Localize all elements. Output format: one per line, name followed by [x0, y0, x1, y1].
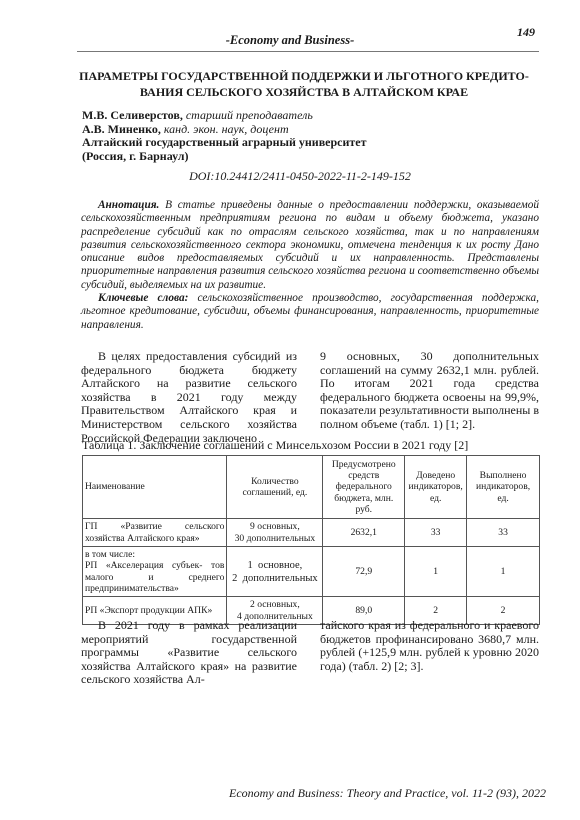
table-cell-budget: 2632,1: [323, 519, 405, 547]
header-divider: [77, 51, 539, 52]
agreements-line: 2 дополнительных: [229, 572, 320, 585]
author-1: М.В. Селиверстов, старший преподаватель: [82, 109, 542, 123]
body-paragraph: В целях предоставления субсидий из федер…: [81, 350, 297, 445]
keywords-label: Ключевые слова:: [98, 292, 188, 304]
agreements-line: 1 основное,: [229, 559, 320, 572]
agreements-line: 9 основных,: [229, 521, 320, 532]
body-paragraph: тайского края из федерального и краевого…: [320, 619, 539, 673]
author-name: М.В. Селиверстов,: [82, 108, 183, 122]
abstract: Аннотация. В статье приведены данные о п…: [81, 199, 539, 292]
agreements-table: Наименование Количество соглашений, ед. …: [82, 455, 540, 625]
title-line-1: ПАРАМЕТРЫ ГОСУДАРСТВЕННОЙ ПОДДЕРЖКИ И ЛЬ…: [70, 68, 538, 84]
table-cell-name-text: РП «Акселерация субъек- тов малого и сре…: [85, 560, 224, 594]
table-row: ГП «Развитие сельского хозяйства Алтайск…: [83, 519, 540, 547]
article-title: ПАРАМЕТРЫ ГОСУДАРСТВЕННОЙ ПОДДЕРЖКИ И ЛЬ…: [70, 68, 538, 100]
doi: DOI:10.24412/2411-0450-2022-11-2-149-152: [0, 169, 580, 184]
body-paragraph: В 2021 году в рамках реализации мероприя…: [81, 619, 297, 687]
table-cell-prefix: в том числе:: [85, 549, 224, 560]
keywords: Ключевые слова: сельскохозяйственное про…: [81, 292, 539, 332]
author-position: старший преподаватель: [186, 108, 313, 122]
column-header: Выполнено индикаторов, ед.: [467, 456, 540, 519]
abstract-label: Аннотация.: [98, 199, 159, 211]
column-header: Предусмотрено средств федерального бюдже…: [323, 456, 405, 519]
column-header: Количество соглашений, ед.: [227, 456, 323, 519]
table-cell-name: ГП «Развитие сельского хозяйства Алтайск…: [83, 519, 227, 547]
agreements-line: 30 дополнительных: [229, 533, 320, 544]
abstract-text: В статье приведены данные о предоставлен…: [81, 199, 539, 291]
column-header: Наименование: [83, 456, 227, 519]
body-column-right: 9 основных, 30 дополнительных соглашений…: [320, 350, 539, 432]
body-column-left: В целях предоставления субсидий из федер…: [81, 350, 297, 445]
table-cell-indicators-done: 33: [467, 519, 540, 547]
abstract-block: Аннотация. В статье приведены данные о п…: [81, 199, 539, 332]
table-cell-agreements: 9 основных, 30 дополнительных: [227, 519, 323, 547]
table-cell-indicators-set: 33: [405, 519, 467, 547]
title-line-2: ВАНИЯ СЕЛЬСКОГО ХОЗЯЙСТВА В АЛТАЙСКОМ КР…: [70, 84, 538, 100]
journal-footer: Economy and Business: Theory and Practic…: [229, 786, 546, 801]
location: (Россия, г. Барнаул): [82, 150, 542, 164]
table-cell-indicators-done: 1: [467, 547, 540, 597]
body-column-right: тайского края из федерального и краевого…: [320, 619, 539, 673]
running-header: -Economy and Business-: [0, 33, 580, 48]
table-header-row: Наименование Количество соглашений, ед. …: [83, 456, 540, 519]
table-cell-name: в том числе: РП «Акселерация субъек- тов…: [83, 547, 227, 597]
table-cell-budget: 72,9: [323, 547, 405, 597]
body-paragraph: 9 основных, 30 дополнительных соглашений…: [320, 350, 539, 432]
author-name: А.В. Миненко,: [82, 122, 161, 136]
author-block: М.В. Селиверстов, старший преподаватель …: [82, 109, 542, 163]
table-cell-indicators-set: 1: [405, 547, 467, 597]
affiliation: Алтайский государственный аграрный униве…: [82, 136, 542, 150]
table-caption: Таблица 1. Заключение соглашений с Минсе…: [82, 438, 542, 453]
table-cell-agreements: 1 основное, 2 дополнительных: [227, 547, 323, 597]
author-position: канд. экон. наук, доцент: [164, 122, 289, 136]
body-column-left: В 2021 году в рамках реализации мероприя…: [81, 619, 297, 687]
agreements-line: 2 основных,: [229, 599, 320, 610]
column-header: Доведено индикаторов, ед.: [405, 456, 467, 519]
author-2: А.В. Миненко, канд. экон. наук, доцент: [82, 123, 542, 137]
table-row: в том числе: РП «Акселерация субъек- тов…: [83, 547, 540, 597]
